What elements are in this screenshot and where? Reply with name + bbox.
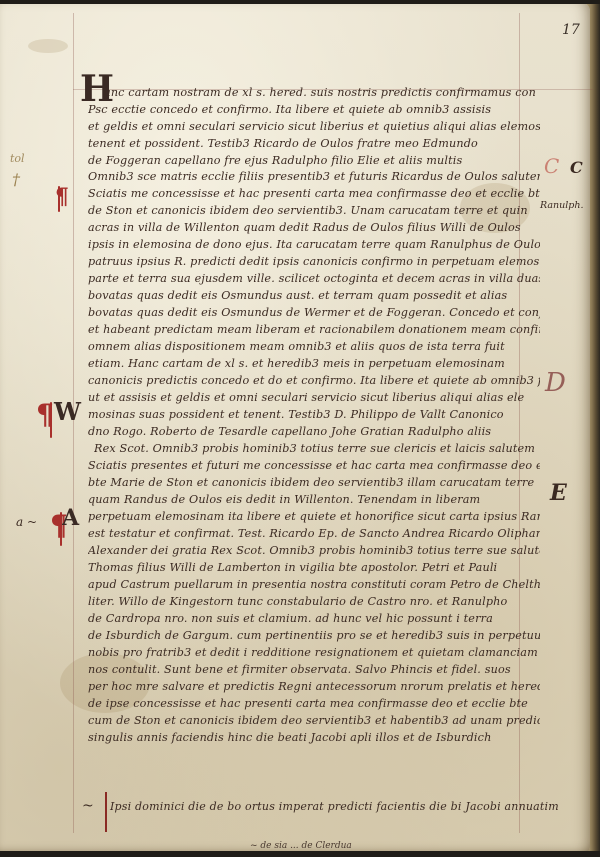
text-line: nobis pro fratrib3 et dedit i redditione… — [88, 644, 540, 661]
text-line: ipsis in elemosina de dono ejus. Ita car… — [88, 236, 540, 253]
text-line: dno Rogo. Roberto de Tesardle capellano … — [88, 423, 518, 440]
text-line: Omnib3 sce matris ecclie filiis presenti… — [88, 168, 540, 185]
text-line: Thomas filius Willi de Lamberton in vigi… — [88, 559, 540, 576]
binding-top — [0, 0, 600, 4]
text-line: Psc ecctie concedo et confirmo. Ita libe… — [88, 101, 540, 118]
text-line: ut et assisis et geldis et omni seculari… — [88, 389, 540, 406]
text-line: etiam. Hanc cartam de xl s. et heredib3 … — [88, 355, 540, 372]
text-line: est testatur et confirmat. Test. Ricardo… — [88, 525, 540, 542]
text-line: acras in villa de Willenton quam dedit R… — [88, 219, 540, 236]
text-line: Sciatis presentes et futuri me concessis… — [88, 457, 540, 474]
text-line: tenent et possident. Testib3 Ricardo de … — [88, 135, 540, 152]
text-line: Rex Scot. Omnib3 probis hominib3 totius … — [94, 440, 540, 457]
rubric-stroke — [50, 402, 52, 438]
folio-number: 17 — [562, 22, 580, 38]
text-line: liter. Willo de Kingestorn tunc constabu… — [88, 593, 540, 610]
text-line: canonicis predictis concedo et do et con… — [88, 372, 540, 389]
text-line: mosinas suas possident et tenent. Testib… — [88, 406, 540, 423]
parchment-stain — [28, 39, 68, 53]
text-line: de Cardropa nro. non suis et clamium. ad… — [88, 610, 540, 627]
binding-bottom — [0, 851, 600, 857]
margin-note-left: tol — [10, 152, 25, 165]
margin-name-note: Ranulph. — [540, 200, 584, 211]
text-line: singulis annis faciendis hinc die beati … — [88, 729, 540, 746]
footer-rubric-stroke — [105, 792, 107, 832]
text-line: Alexander dei gratia Rex Scot. Omnib3 pr… — [88, 542, 540, 559]
text-line: quam Randus de Oulos eis dedit in Willen… — [88, 491, 540, 508]
margin-initial-e: E — [550, 480, 567, 506]
margin-initial-red: C — [544, 154, 559, 178]
text-line: patruus ipsius R. predicti dedit ipsis c… — [88, 253, 540, 270]
text-line: de ipse concessisse et hac presenti cart… — [88, 695, 540, 712]
margin-initial-dark: C — [570, 158, 583, 177]
decorated-initial-a: A — [62, 505, 79, 531]
margin-cross-mark: † — [12, 170, 20, 189]
text-line: bte Marie de Ston et canonicis ibidem de… — [88, 474, 540, 491]
text-line: de Ston et canonicis ibidem deo servient… — [88, 202, 540, 219]
margin-initial-d: D — [545, 368, 566, 398]
rubric-stroke — [60, 512, 62, 546]
rubric-stroke — [58, 186, 60, 212]
text-line: perpetuam elemosinam ita libere et quiet… — [88, 508, 540, 525]
text-line: omnem alias dispositionem meam omnib3 et… — [88, 338, 540, 355]
text-line: de Isburdich de Gargum. cum pertinentiis… — [88, 627, 540, 644]
text-line: et geldis et omni seculari servicio sicu… — [88, 118, 540, 135]
text-line: Sciatis me concessisse et hac presenti c… — [88, 185, 540, 202]
text-line: bovatas quas dedit eis Osmundus aust. et… — [88, 287, 540, 304]
text-line: de Foggeran capellano fre ejus Radulpho … — [88, 152, 540, 169]
text-line: parte et terra sua ejusdem ville. scilic… — [88, 270, 540, 287]
footer-tilde-mark: ~ — [82, 798, 94, 814]
margin-note-left-mid: a ~ — [16, 515, 37, 529]
text-line: per hoc mre salvare et predictis Regni a… — [88, 678, 540, 695]
text-line: nos contulit. Sunt bene et firmiter obse… — [88, 661, 540, 678]
decorated-initial-w: W — [54, 397, 81, 426]
text-line: bovatas quas dedit eis Osmundus de Werme… — [88, 304, 540, 321]
text-line: anc cartam nostram de xl s. hered. suis … — [104, 84, 536, 101]
text-line: cum de Ston et canonicis ibidem deo serv… — [88, 712, 540, 729]
footer-text-line: Ipsi dominici die de bo ortus imperat pr… — [110, 800, 559, 813]
text-line: et habeant predictam meam liberam et rac… — [88, 321, 540, 338]
catchword: ~ de sia ... de Clerdua — [250, 841, 352, 851]
text-line: apud Castrum puellarum in presentia nost… — [88, 576, 540, 593]
